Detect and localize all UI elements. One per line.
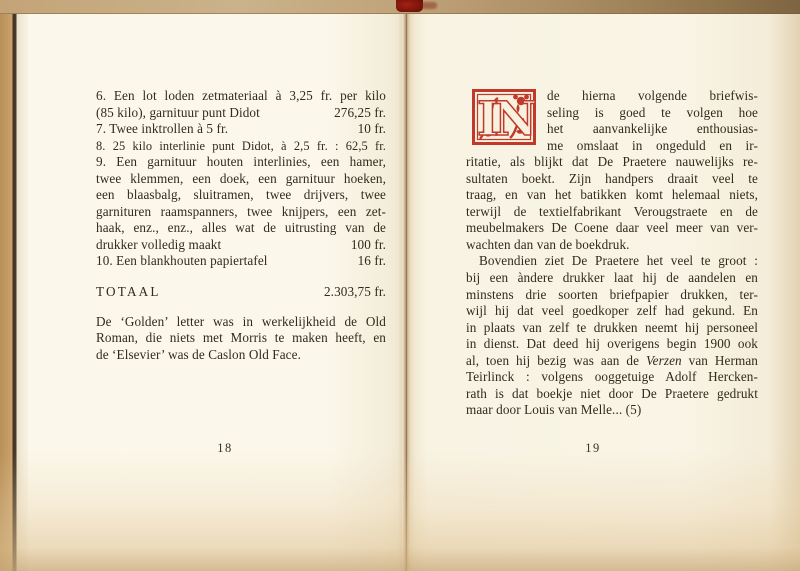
book-spread-photo: 6. Een lot loden zetmateriaal à 3,25 fr.… xyxy=(0,0,800,571)
red-headband-smear xyxy=(421,2,437,9)
body-line: wijl hij dat veel goedkoper zelf had gek… xyxy=(466,303,758,320)
body-line: minstens drie soorten briefpapier drukke… xyxy=(466,287,758,304)
invoice-line: twee klemmen, een doek, een garnituur ho… xyxy=(96,171,386,188)
wrap-lines: de hierna volgende briefwis- seling is g… xyxy=(547,88,758,154)
italic-title: Verzen xyxy=(646,353,682,368)
invoice-total-row: TOTAAL 2.303,75 fr. xyxy=(96,284,386,301)
invoice-amount: 10 fr. xyxy=(358,121,386,138)
red-headband xyxy=(396,0,423,12)
total-amount: 2.303,75 fr. xyxy=(324,284,386,301)
invoice-line: 6. Een lot loden zetmateriaal à 3,25 fr.… xyxy=(96,88,386,105)
body-line: Teirlinck : volgens ooggetuige Adolf Her… xyxy=(466,369,758,386)
body-line: maar door Louis van Melle... (5) xyxy=(466,402,758,419)
invoice-line: 10. Een blankhouten papiertafel 16 fr. xyxy=(96,253,386,270)
invoice-line: 9. Een garnituur houten interlinies, een… xyxy=(96,154,386,171)
invoice-amount: 276,25 fr. xyxy=(334,105,386,122)
page-number-left: 18 xyxy=(80,441,370,456)
body-line: meubelmakers De Coene daar veel meer van… xyxy=(466,220,758,237)
body-text: IN de hierna volgende briefwis- seling i… xyxy=(466,88,758,419)
invoice-line: garnituren raamspanners, twee knijpers, … xyxy=(96,204,386,221)
body-line: wachten dan van de boekdruk. xyxy=(466,237,758,254)
invoice-amount: 100 fr. xyxy=(351,237,386,254)
invoice-line: drukker volledig maakt 100 fr. xyxy=(96,237,386,254)
invoice-list: 6. Een lot loden zetmateriaal à 3,25 fr.… xyxy=(96,88,386,363)
invoice-line: 8. 25 kilo interlinie punt Didot, à 2,5 … xyxy=(96,138,386,155)
body-line: traag, en van het batikken komt helemaal… xyxy=(466,187,758,204)
body-line: ritatie, als blijkt dat De Praetere nauw… xyxy=(466,154,758,171)
body-line: in dienst. Dat deed hij overigens begin … xyxy=(466,336,758,353)
invoice-line: (85 kilo), garnituur punt Didot 276,25 f… xyxy=(96,105,386,122)
body-line: in plaats van zelf te drukken neemt hij … xyxy=(466,320,758,337)
book-cover-edge xyxy=(0,10,28,571)
note-paragraph: De ‘Golden’ letter was in werkelijkheid … xyxy=(96,314,386,364)
page-number-right: 19 xyxy=(447,441,739,456)
body-line: sultaten boekt. Zijn handpers draait vee… xyxy=(466,171,758,188)
body-line: Bovendien ziet De Praetere het veel te g… xyxy=(466,253,758,270)
body-line-with-italic: al, toen hij bezig was aan de Verzen van… xyxy=(466,353,758,370)
drop-cap-ornament-IN-icon: IN xyxy=(472,89,536,145)
opening-paragraph: IN de hierna volgende briefwis- seling i… xyxy=(466,88,758,154)
body-line: terwijl de textielfabrikant Verougstraet… xyxy=(466,204,758,221)
invoice-line: een blaasbalg, sluitramen, twee drijvers… xyxy=(96,187,386,204)
invoice-line: 7. Twee inktrollen à 5 fr. 10 fr. xyxy=(96,121,386,138)
invoice-line: haak, enz., enz., alles wat de uitrustin… xyxy=(96,220,386,237)
total-label: TOTAAL xyxy=(96,284,161,301)
body-line: bij een àndere drukker laat hij de aande… xyxy=(466,270,758,287)
invoice-amount: 16 fr. xyxy=(358,253,386,270)
body-line: rath is dat boekje niet door De Praetere… xyxy=(466,386,758,403)
svg-text:IN: IN xyxy=(477,92,536,145)
